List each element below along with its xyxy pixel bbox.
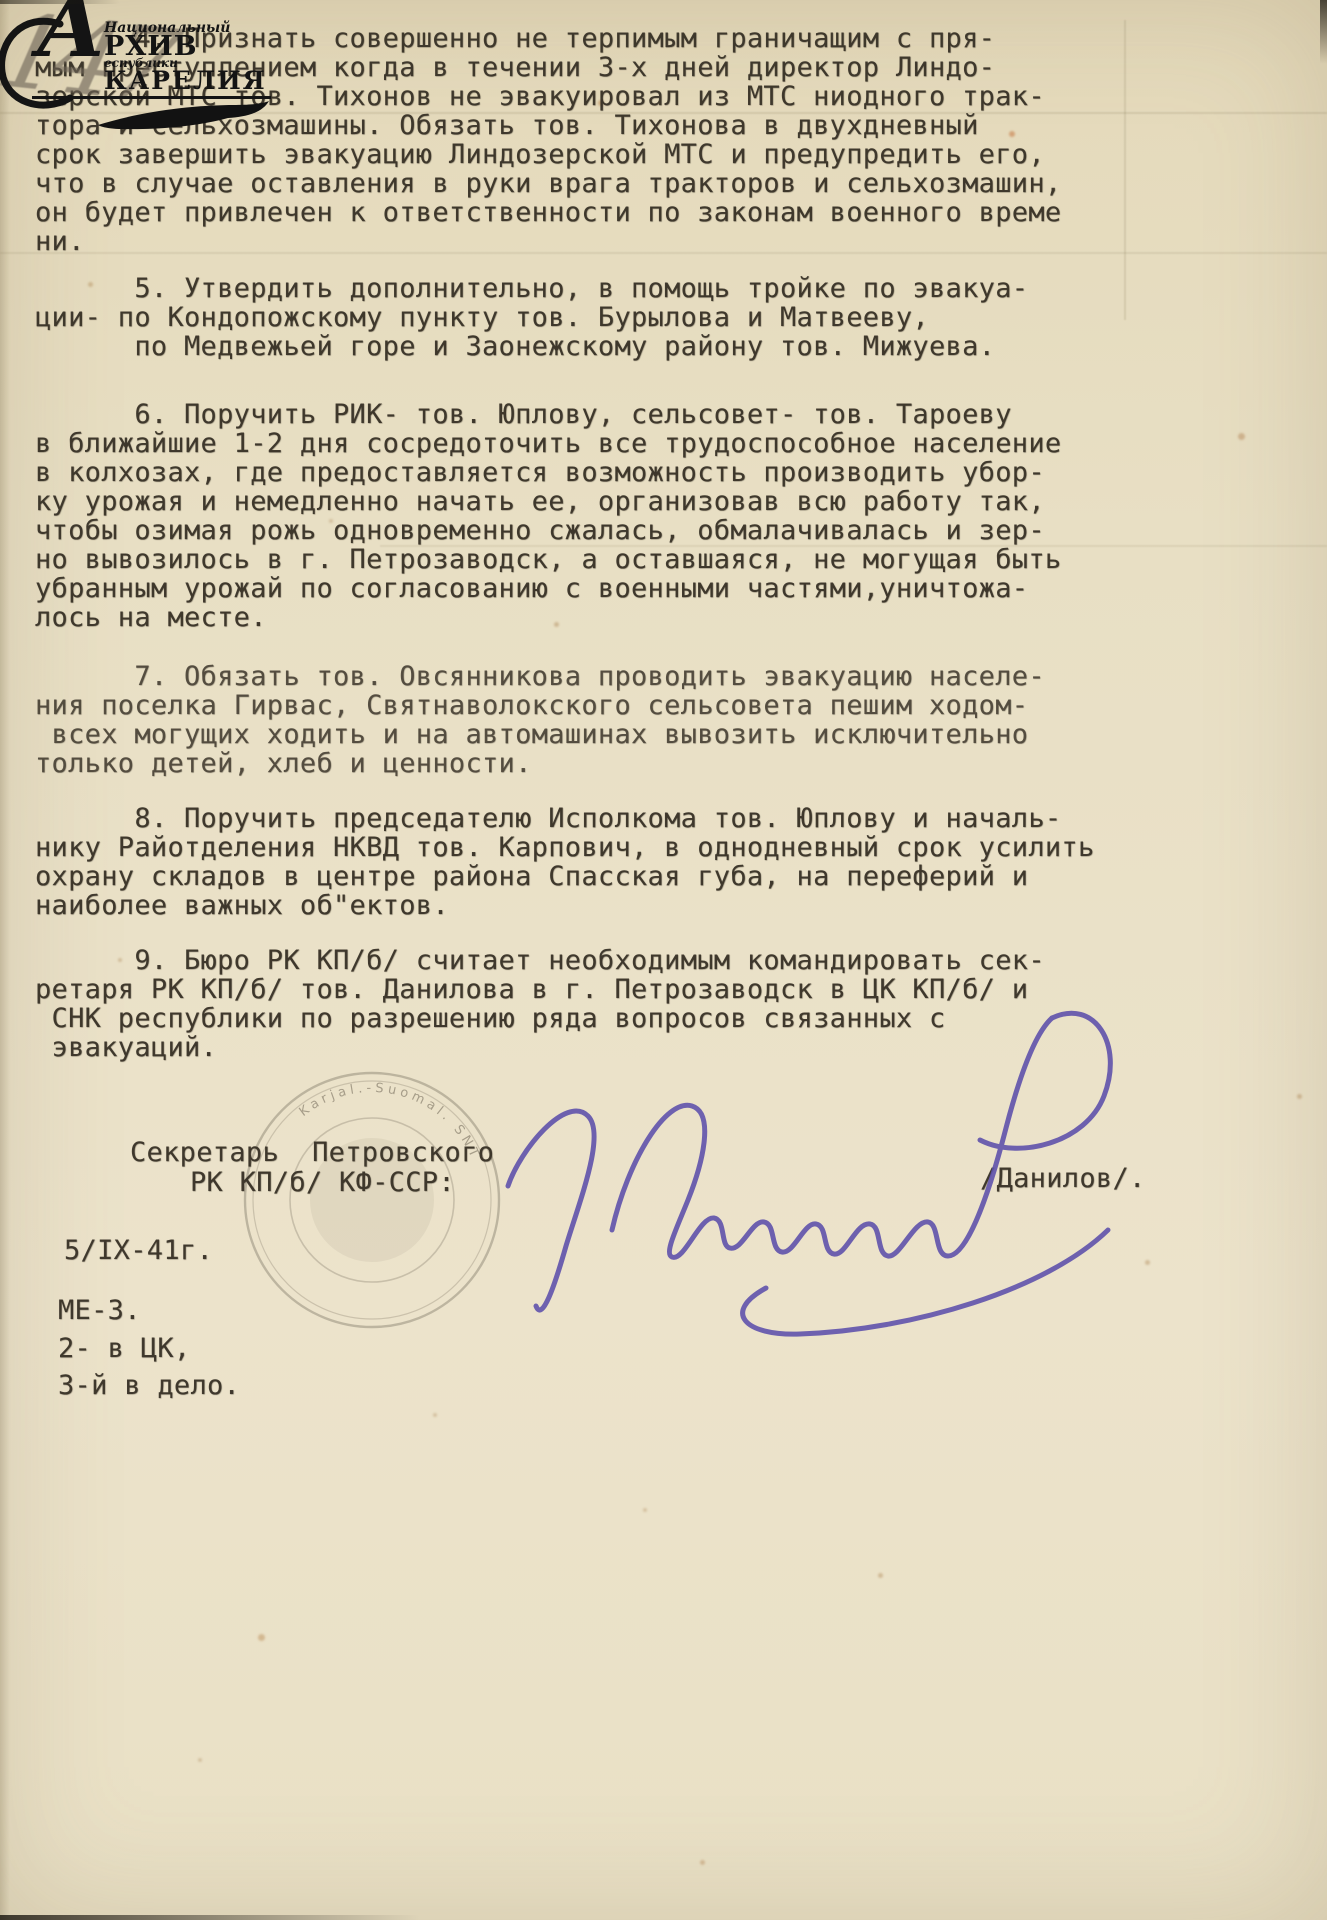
scan-edge-bottom	[0, 1915, 420, 1920]
watermark-line-arkhiv: РХИВ	[104, 35, 267, 58]
paragraph-8: 8. Поручить председателю Исполкома тов. …	[35, 804, 1095, 920]
document-scan: Karjal.-Suomal. SNT 147 4. Признать сове…	[0, 0, 1327, 1920]
foxing-spot	[1297, 1094, 1302, 1099]
foxing-spot	[1238, 433, 1245, 440]
watermark-initial-letter: А	[36, 0, 106, 70]
foxing-spot	[878, 1573, 883, 1578]
signature-title-line2: РК КП/б/ КФ-ССР:	[190, 1168, 455, 1197]
paragraph-9: 9. Бюро РК КП/б/ считает необходимым ком…	[35, 946, 1045, 1062]
foxing-spot	[700, 1860, 705, 1865]
scan-edge-top-left	[0, 0, 120, 4]
scan-edge-right	[1320, 0, 1327, 64]
footer-note-copy3: 3-й в дело.	[58, 1371, 240, 1400]
paper-edge-shading	[0, 0, 10, 1920]
document-date: 5/IX-41г.	[64, 1236, 213, 1265]
signature-typed-name: /Данилов/.	[980, 1164, 1146, 1193]
watermark-line-karelia: КАРЕЛИЯ	[104, 69, 267, 92]
foxing-spot	[1145, 1260, 1150, 1265]
foxing-spot	[258, 1634, 265, 1641]
watermark-underline	[32, 96, 271, 99]
paragraph-7: 7. Обязать тов. Овсянникова проводить эв…	[35, 662, 1045, 778]
footer-note-copy2: 2- в ЦК,	[58, 1334, 190, 1363]
paragraph-5: 5. Утвердить дополнительно, в помощь тро…	[35, 274, 1028, 361]
paragraph-6: 6. Поручить РИК- тов. Юплову, сельсовет-…	[35, 400, 1061, 632]
paper-crease	[1124, 20, 1126, 320]
foxing-spot	[433, 1413, 437, 1417]
foxing-spot	[198, 1758, 202, 1762]
quill-feather-icon	[96, 101, 271, 131]
signature-title-line1: Секретарь Петровского	[130, 1138, 494, 1167]
foxing-spot	[643, 1508, 647, 1512]
archive-watermark: А Национальный РХИВ еспублики КАРЕЛИЯ	[0, 0, 271, 129]
footer-note-me3: МЕ-3.	[58, 1296, 141, 1325]
